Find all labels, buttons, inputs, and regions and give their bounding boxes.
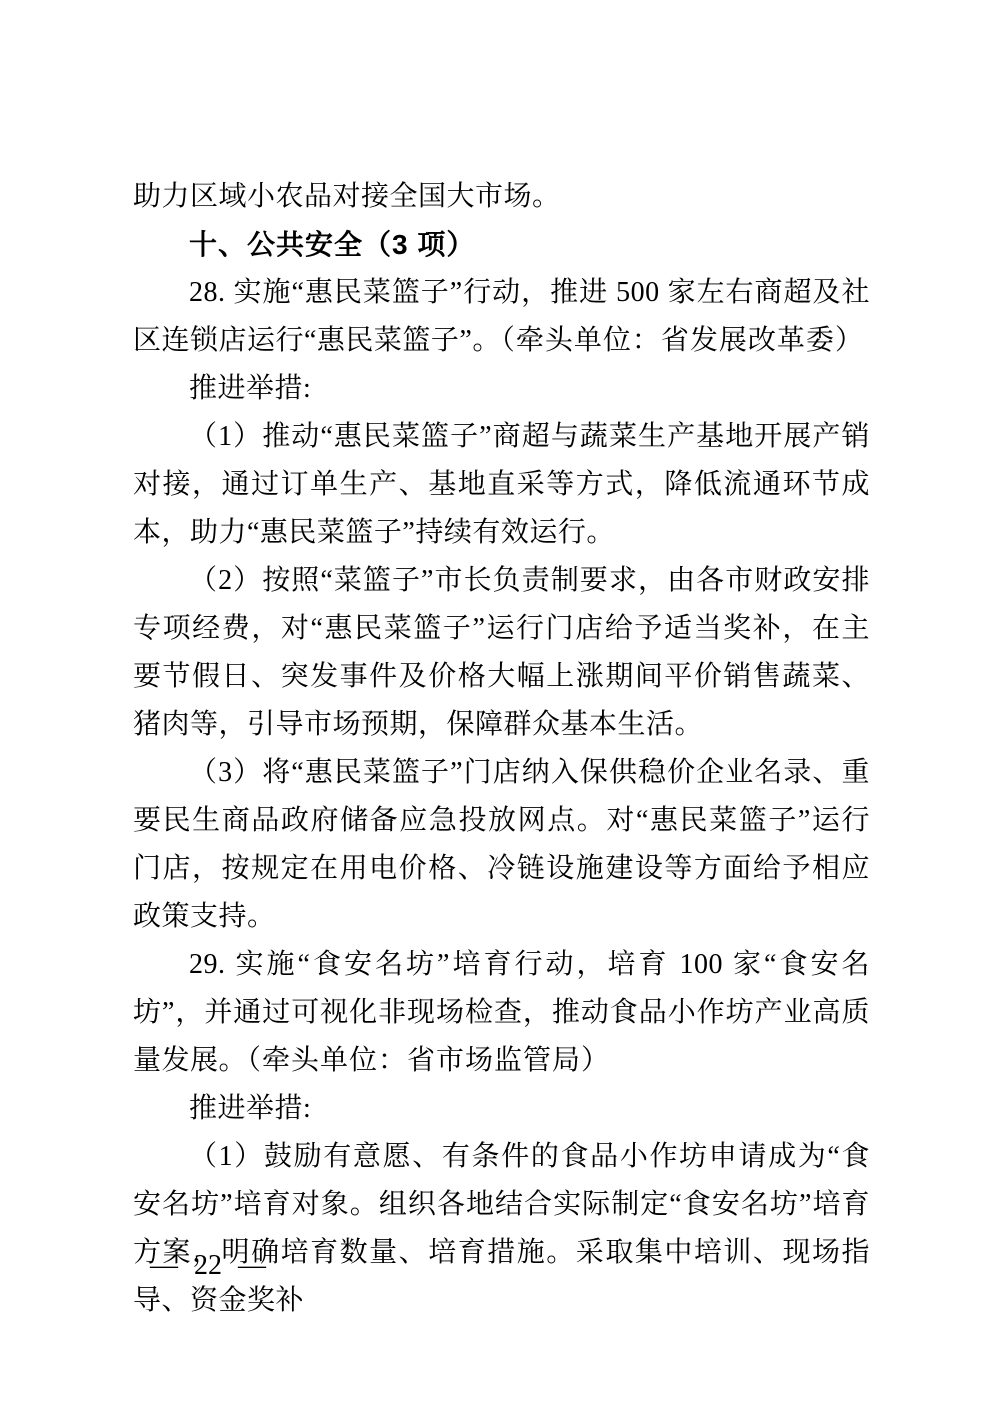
measures-label: 推进举措: <box>133 365 870 413</box>
document-body: 助力区域小农品对接全国大市场。 十、公共安全（3 项） 28. 实施“惠民菜篮子… <box>133 173 870 1325</box>
document-page: 助力区域小农品对接全国大市场。 十、公共安全（3 项） 28. 实施“惠民菜篮子… <box>0 0 1000 1414</box>
section-heading-text: 十、公共安全（3 项） <box>189 229 475 260</box>
task-29-measure-1: （1）鼓励有意愿、有条件的食品小作坊申请成为“食安名坊”培育对象。组织各地结合实… <box>133 1133 870 1325</box>
measures-label: 推进举措: <box>133 1085 870 1133</box>
paragraph-carryover: 助力区域小农品对接全国大市场。 <box>133 173 870 221</box>
page-number: 22 <box>194 1246 222 1286</box>
task-28-measure-3: （3）将“惠民菜篮子”门店纳入保供稳价企业名录、重要民生商品政府储备应急投放网点… <box>133 749 870 941</box>
task-item-28: 28. 实施“惠民菜篮子”行动，推进 500 家左右商超及社区连锁店运行“惠民菜… <box>133 269 870 365</box>
task-28-measure-1: （1）推动“惠民菜篮子”商超与蔬菜生产基地开展产销对接，通过订单生产、基地直采等… <box>133 413 870 557</box>
measure-text: （1）鼓励有意愿、有条件的食品小作坊申请成为“食安名坊”培育对象。组织各地结合实… <box>133 1141 870 1316</box>
footer-dash-left: — <box>150 1246 178 1286</box>
task-item-29: 29. 实施“食安名坊”培育行动，培育 100 家“食安名坊”，并通过可视化非现… <box>133 941 870 1085</box>
footer-dash-right: — <box>238 1246 266 1286</box>
task-28-measure-2: （2）按照“菜篮子”市长负责制要求，由各市财政安排专项经费，对“惠民菜篮子”运行… <box>133 557 870 749</box>
page-footer: —22— <box>150 1246 266 1286</box>
paragraph-text: 助力区域小农品对接全国大市场。 <box>133 181 561 212</box>
section-heading: 十、公共安全（3 项） <box>133 221 870 269</box>
task-28-lead-unit: （牵头单位：省发展改革委） <box>501 325 864 356</box>
measure-text: （2）按照“菜篮子”市长负责制要求，由各市财政安排专项经费，对“惠民菜篮子”运行… <box>133 565 870 740</box>
measure-text: （1）推动“惠民菜篮子”商超与蔬菜生产基地开展产销对接，通过订单生产、基地直采等… <box>133 421 870 548</box>
measure-text: （3）将“惠民菜篮子”门店纳入保供稳价企业名录、重要民生商品政府储备应急投放网点… <box>133 757 870 932</box>
measures-label-text: 推进举措: <box>189 373 311 404</box>
task-29-lead-unit: （牵头单位：省市场监管局） <box>247 1045 610 1076</box>
measures-label-text: 推进举措: <box>189 1093 311 1124</box>
